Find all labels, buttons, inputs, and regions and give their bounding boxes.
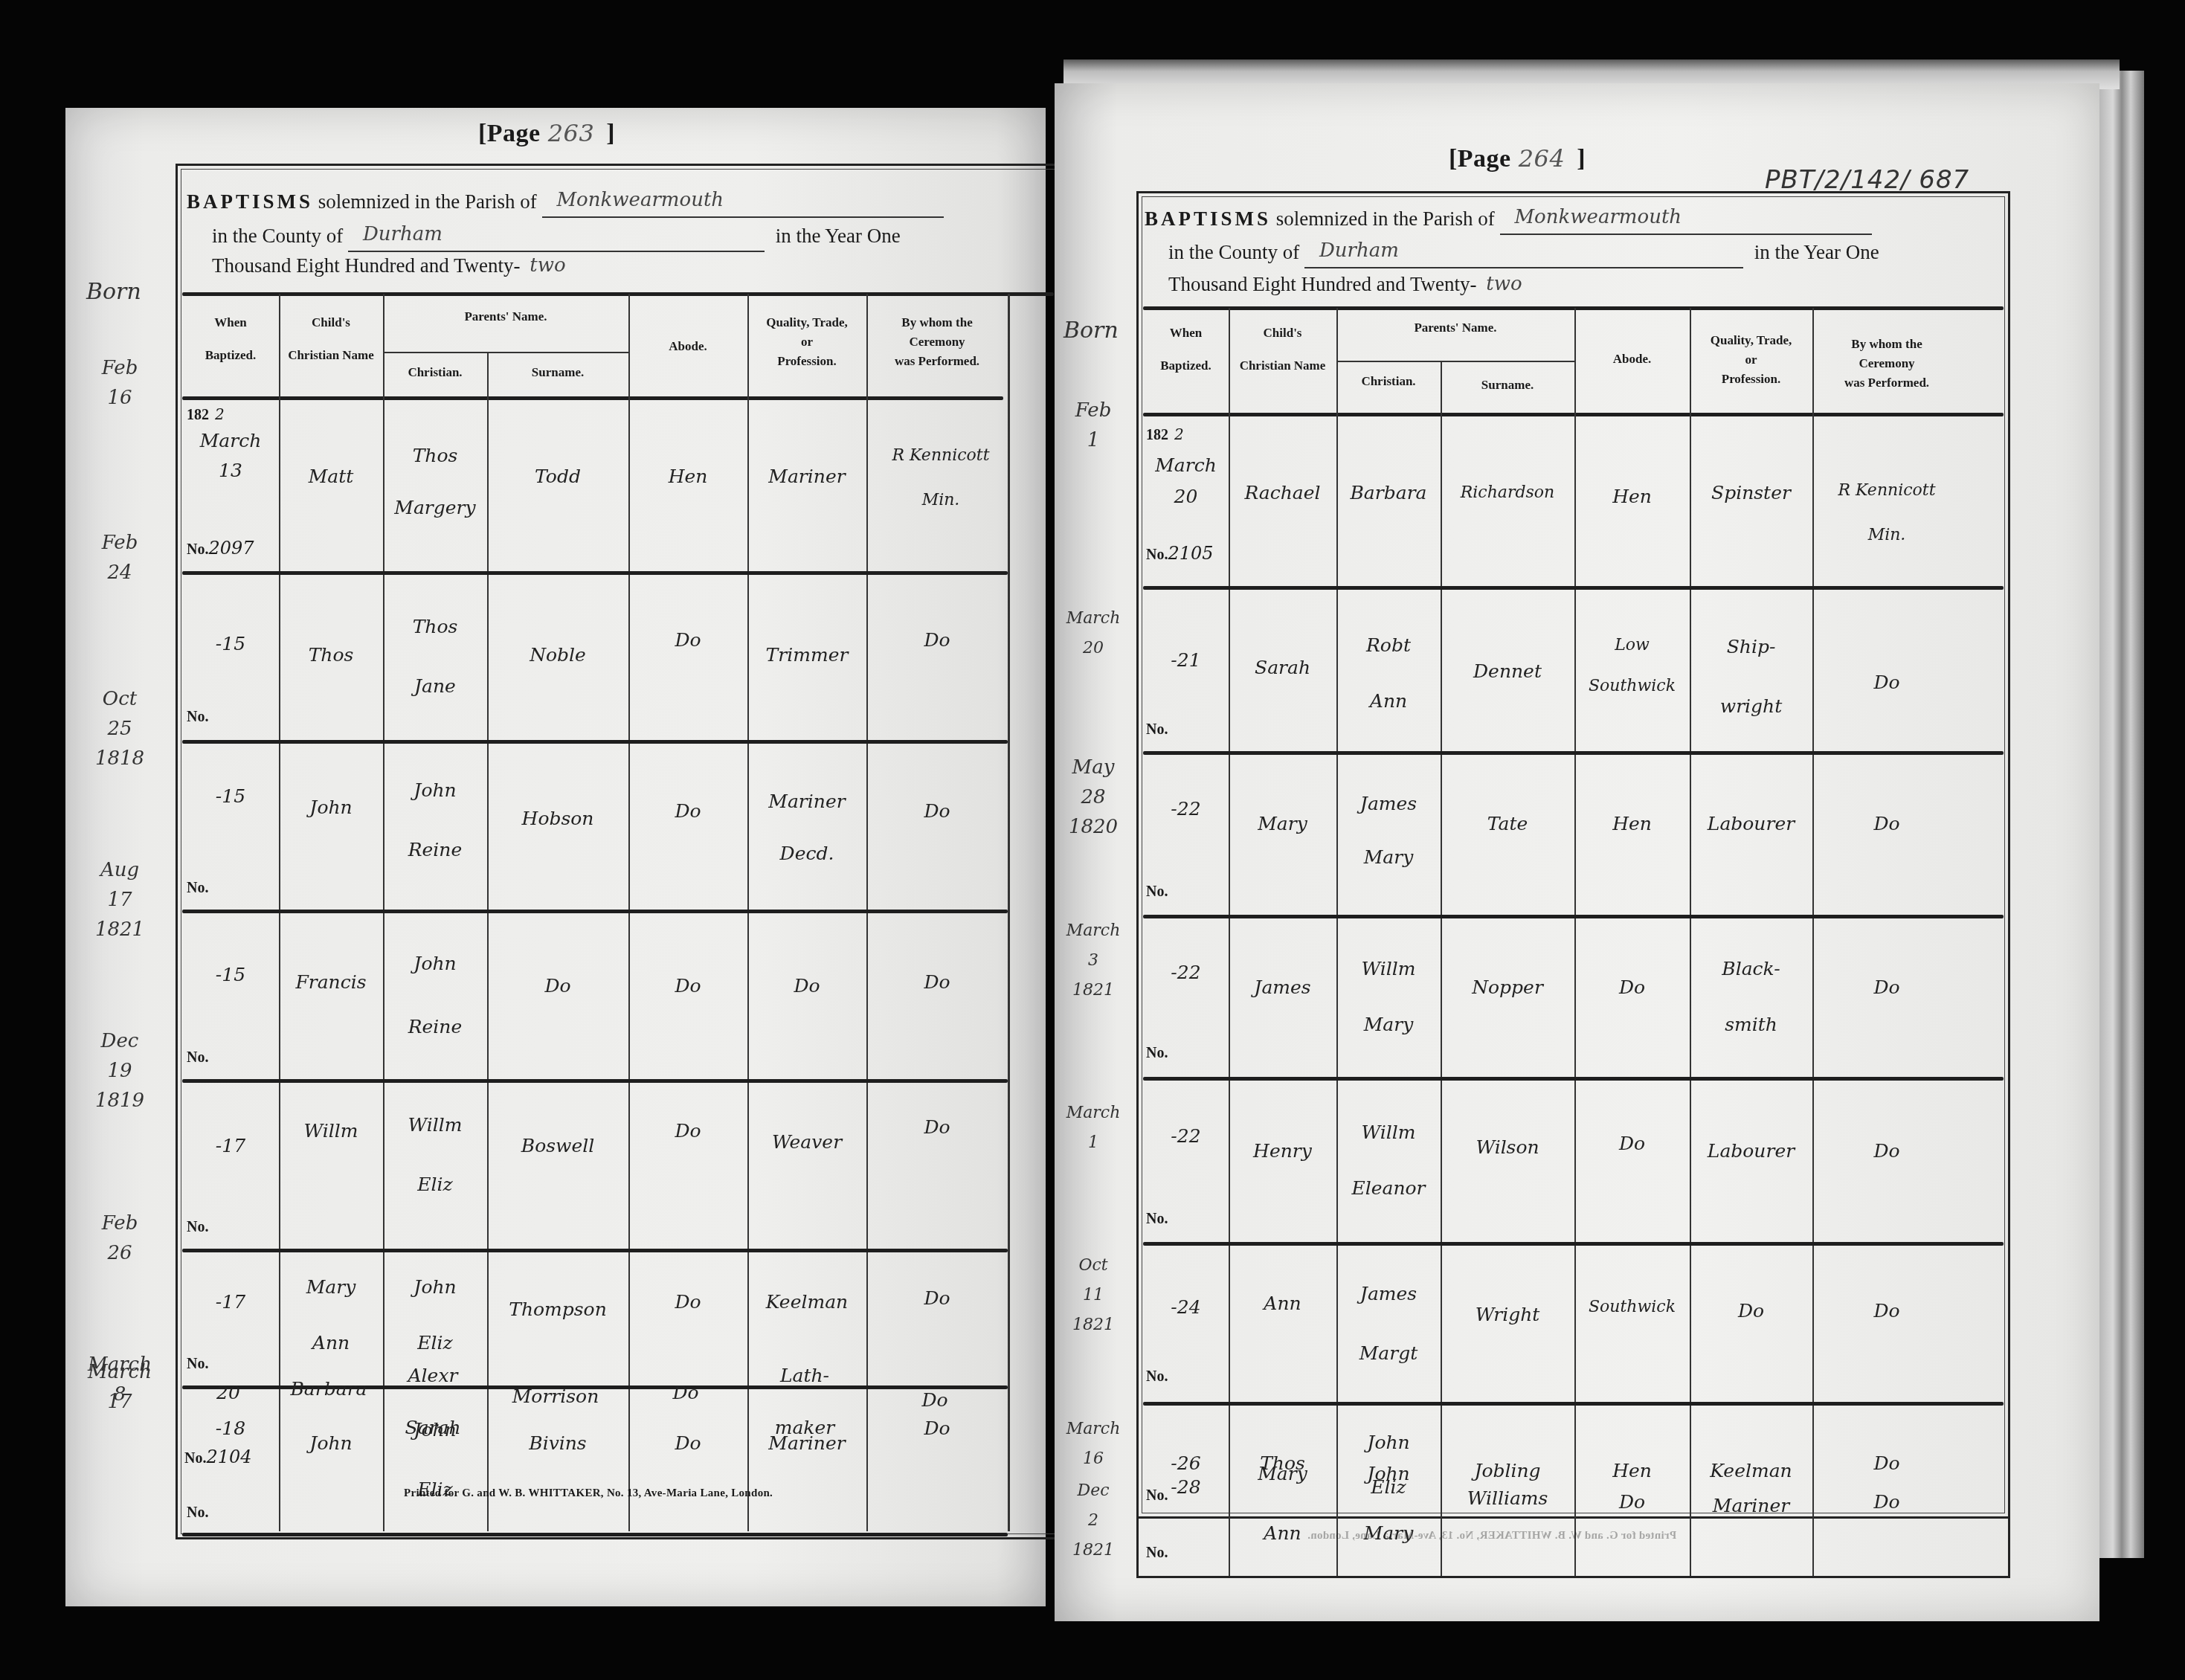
county-field: Durham	[348, 218, 765, 252]
entry-baptized: March13	[182, 426, 279, 486]
entry-parents-christian: WillmEliz	[383, 1095, 487, 1214]
entry-child-name: Sarah	[1229, 647, 1336, 689]
entry-child-name: Barbara	[277, 1368, 381, 1410]
col-christian: Christian.	[383, 363, 487, 382]
entry-parents-christian: Barbara	[1336, 472, 1441, 514]
page-header: [Page263]	[478, 119, 615, 148]
bleed-through-imprint: Printed for G. and W. B. WHITTAKER, No. …	[1307, 1530, 1676, 1542]
entry-trade: Trimmer	[747, 634, 866, 676]
entry-abode: Do	[626, 1372, 745, 1414]
year-printed: 1822	[1146, 425, 1184, 444]
entry-abode: Do	[1574, 967, 1690, 1008]
entry-by-whom: Do	[1812, 967, 1961, 1008]
entry-surname: Boswell	[487, 1125, 628, 1167]
col-when-baptized: WhenBaptized.	[182, 313, 279, 365]
col-quality: Quality, Trade,orProfession.	[747, 313, 866, 371]
entry-trade: Weaver	[747, 1121, 866, 1163]
entry-abode: Hen	[1574, 476, 1690, 518]
entry-abode: Do	[628, 619, 747, 661]
entry-parents-christian: RobtAnn	[1336, 617, 1441, 729]
entry-by-whom: Do	[864, 1380, 1005, 1421]
page-number: 263	[548, 119, 595, 147]
entry-parents-christian: JohnReine	[383, 761, 487, 880]
entry-trade: Mariner	[747, 456, 866, 498]
entry-child-name: Mary	[1229, 803, 1336, 845]
col-when-baptized: WhenBaptized.	[1143, 324, 1229, 376]
entry-parents-christian: WillmEleanor	[1336, 1104, 1441, 1216]
col-by-whom: By whom theCeremonywas Performed.	[1812, 335, 1961, 393]
entry-trade: Do	[747, 965, 866, 1007]
entry-number: No.	[1146, 1368, 1168, 1385]
entry-number: No.	[187, 1504, 208, 1522]
born-date: Feb1	[1056, 396, 1130, 455]
entry-number: No.	[187, 1049, 208, 1066]
entry-by-whom: R KennicottMin.	[1812, 469, 1961, 558]
entry-child-name: Ann	[1229, 1283, 1336, 1325]
entry-abode: Southwick	[1574, 1287, 1690, 1328]
entry-surname: Williams	[1441, 1478, 1574, 1519]
entry-by-whom: Do	[866, 962, 1008, 1003]
parish-field: Monkwearmouth	[1500, 201, 1872, 235]
entry-abode: Do	[1574, 1123, 1690, 1165]
born-date: March16	[1056, 1415, 1130, 1474]
born-date: Dec191819	[79, 1026, 161, 1116]
entry-child-name: Matt	[279, 456, 383, 498]
col-child-name: Child'sChristian Name	[1229, 324, 1336, 376]
entry-baptized: -15	[182, 776, 279, 817]
entry-by-whom: Do	[1812, 1130, 1961, 1172]
entry-by-whom: Do	[1812, 662, 1961, 704]
entry-baptized: -22	[1143, 788, 1229, 830]
entry-by-whom: Do	[866, 1278, 1008, 1319]
entry-surname: Morrison	[485, 1376, 626, 1417]
col-surname: Surname.	[1441, 376, 1574, 395]
entry-abode: Do	[628, 1281, 747, 1323]
col-parents-name: Parents' Name.	[383, 307, 628, 326]
entry-baptized: -24	[1143, 1287, 1229, 1328]
year-field: two	[525, 249, 565, 282]
entry-parents-christian: ThosMargery	[383, 430, 487, 534]
col-christian: Christian.	[1336, 372, 1441, 391]
entry-baptized: -22	[1143, 1116, 1229, 1157]
entry-trade: MarinerDecd.	[747, 776, 866, 880]
entry-child-name: John	[279, 787, 383, 828]
year-printed: 1822	[187, 405, 225, 424]
entry-surname: Richardson	[1441, 472, 1574, 514]
entry-trade: Labourer	[1690, 803, 1812, 845]
entry-abode: LowSouthwick	[1574, 625, 1690, 707]
entry-surname: Do	[487, 965, 628, 1007]
entry-by-whom: Do	[1812, 803, 1961, 845]
entry-child-name: Francis	[279, 962, 383, 1003]
born-date: March17	[79, 1357, 161, 1417]
entry-number: No.	[187, 880, 208, 897]
entry-number: No.	[187, 709, 208, 726]
entry-baptized: March20	[1143, 450, 1229, 512]
entry-baptized: -22	[1143, 952, 1229, 994]
born-date: Aug171821	[79, 855, 161, 944]
col-child-name: Child'sChristian Name	[279, 313, 383, 365]
born-date: Feb26	[79, 1208, 161, 1268]
born-date: May281820	[1056, 753, 1130, 842]
entry-baptized: -15	[182, 954, 279, 996]
entry-parents-christian: WillmMary	[1336, 941, 1441, 1052]
entry-trade: Ship-wright	[1690, 617, 1812, 736]
entry-child-name: MaryAnn	[1229, 1444, 1336, 1563]
entry-surname: Dennet	[1441, 651, 1574, 692]
born-date: March31821	[1056, 916, 1130, 1005]
page-header: [Page264]	[1449, 144, 1586, 173]
baptism-register-form: BAPTISMS solemnized in the Parish of Mon…	[1136, 191, 2010, 1519]
entry-number: No.2104	[184, 1446, 252, 1467]
entry-abode: Do	[628, 791, 747, 832]
book-page-edges	[2099, 71, 2144, 1558]
entry-surname: Nopper	[1441, 967, 1574, 1008]
county-field: Durham	[1304, 234, 1743, 268]
archive-reference: PBT/2/142/ 687	[1765, 165, 1969, 195]
baptism-register-form: BAPTISMS solemnized in the Parish of Mon…	[176, 164, 1061, 1539]
entry-trade: Lath-maker	[745, 1350, 864, 1454]
entry-number: No.	[187, 1219, 208, 1236]
entry-surname: Wright	[1441, 1294, 1574, 1336]
born-date: March20	[1056, 604, 1130, 663]
entry-parents-christian: ThosJane	[383, 597, 487, 716]
entry-number: No.	[1146, 1045, 1168, 1062]
entry-baptized: -17	[182, 1281, 279, 1323]
col-abode: Abode.	[1574, 350, 1690, 369]
col-surname: Surname.	[487, 363, 628, 382]
born-column-label: Born	[1063, 318, 1119, 344]
year-field: two	[1481, 268, 1522, 300]
entry-by-whom: Do	[1812, 1290, 1961, 1332]
right-entry-8: -28 No. MaryAnn JohnMary Williams Do Mar…	[1136, 1415, 2010, 1578]
entry-surname: Tate	[1441, 803, 1574, 845]
entry-number: No.2105	[1146, 543, 1214, 564]
entry-parents-christian: JohnReine	[383, 932, 487, 1058]
col-abode: Abode.	[628, 337, 747, 356]
entry-trade: Labourer	[1690, 1130, 1812, 1172]
entry-trade: Mariner	[1690, 1485, 1812, 1527]
entry-by-whom: Do	[866, 619, 1008, 661]
entry-trade: Do	[1690, 1290, 1812, 1332]
entry-surname: Wilson	[1441, 1127, 1574, 1168]
entry-by-whom: Do	[866, 1107, 1008, 1148]
entry-child-name: Henry	[1229, 1130, 1336, 1172]
entry-abode: Do	[628, 965, 747, 1007]
entry-surname: Todd	[487, 456, 628, 498]
entry-abode: Do	[1574, 1481, 1690, 1523]
entry-baptized: -15	[182, 623, 279, 665]
entry-number: No.	[1146, 1545, 1168, 1562]
born-column-label: Born	[86, 279, 141, 305]
entry-by-whom: R KennicottMin.	[866, 434, 1015, 523]
entry-child-name: Willm	[279, 1110, 383, 1152]
entry-trade: Keelman	[747, 1281, 866, 1323]
entry-parents-christian: AlexrSarah	[381, 1350, 485, 1454]
entry-abode: Hen	[1574, 803, 1690, 845]
page-number: 264	[1519, 144, 1565, 173]
entry-trade: Black-smith	[1690, 941, 1812, 1052]
entry-number: No.	[1146, 721, 1168, 738]
born-date: Feb16	[79, 353, 161, 413]
entry-parents-christian: JamesMary	[1336, 777, 1441, 884]
entry-baptized: -28	[1143, 1467, 1229, 1508]
entry-baptized: -17	[182, 1125, 279, 1167]
entry-trade: Spinster	[1690, 472, 1812, 514]
entry-surname: Hobson	[487, 798, 628, 840]
born-date: Oct251818	[79, 684, 161, 773]
col-by-whom: By whom theCeremonywas Performed.	[866, 313, 1008, 371]
entry-number: No.2097	[187, 538, 254, 559]
entry-surname: Noble	[487, 634, 628, 676]
entry-abode: Hen	[628, 456, 747, 498]
entry-by-whom: Do	[866, 791, 1008, 832]
entry-number: No.	[1146, 884, 1168, 901]
left-entry-8: March17 20 No.2104 Barbara AlexrSarah Mo…	[176, 1342, 1061, 1491]
born-date: Dec21821	[1056, 1476, 1130, 1565]
col-parents-name: Parents' Name.	[1336, 318, 1574, 338]
entry-parents-christian: JohnMary	[1336, 1444, 1441, 1563]
entry-surname: Thompson	[487, 1289, 628, 1330]
entry-child-name: James	[1229, 967, 1336, 1008]
entry-by-whom: Do	[1812, 1481, 1961, 1523]
entry-child-name: Thos	[279, 634, 383, 676]
parish-field: Monkwearmouth	[542, 184, 944, 218]
col-quality: Quality, Trade,orProfession.	[1690, 331, 1812, 389]
born-date: Oct111821	[1056, 1251, 1130, 1340]
right-page: [Page264] PBT/2/142/ 687 Born BAPTISMS s…	[1055, 83, 2099, 1621]
entry-baptized: 20	[180, 1372, 277, 1414]
entry-baptized: -21	[1143, 640, 1229, 681]
entry-abode: Do	[628, 1110, 747, 1152]
born-date: March1	[1056, 1098, 1130, 1158]
entry-number: No.	[1146, 1211, 1168, 1228]
born-date: Feb24	[79, 528, 161, 588]
entry-parents-christian: JamesMargt	[1336, 1264, 1441, 1383]
entry-child-name: Rachael	[1229, 472, 1336, 514]
